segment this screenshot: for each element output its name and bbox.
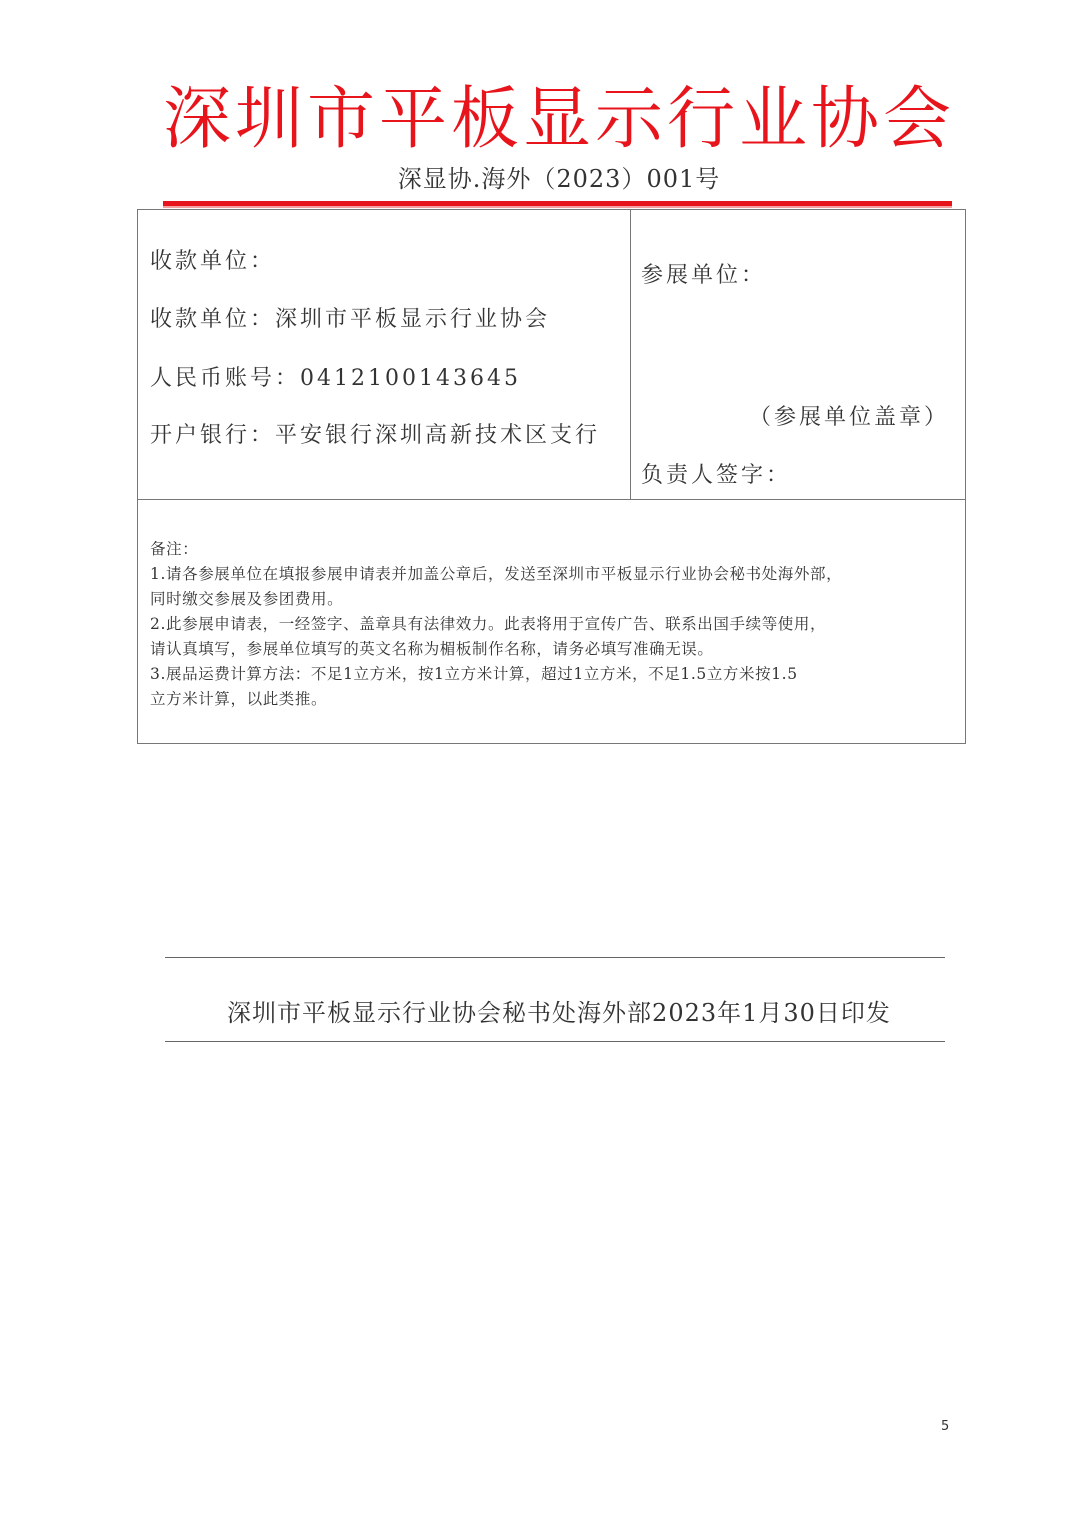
- remark-line: 1.请各参展单位在填报参展申请表并加盖公章后，发送至深圳市平板显示行业协会秘书处…: [150, 562, 957, 587]
- footer-bottom-rule: [165, 1041, 945, 1042]
- remarks-title: 备注：: [150, 537, 957, 562]
- remark-line: 立方米计算，以此类推。: [150, 687, 957, 712]
- stamp-note: （参展单位盖章）: [749, 400, 949, 431]
- payee-label: 收款单位：: [150, 244, 275, 275]
- signature-label: 负责人签字：: [641, 458, 791, 489]
- remark-line: 同时缴交参展及参团费用。: [150, 587, 957, 612]
- rmb-account-number: 人民币账号：0412100143645: [150, 361, 521, 392]
- application-form-table: 收款单位： 收款单位：深圳市平板显示行业协会 人民币账号：04121001436…: [137, 209, 966, 744]
- remark-line: 3.展品运费计算方法：不足1立方米，按1立方米计算，超过1立方米，不足1.5立方…: [150, 662, 957, 687]
- organization-title: 深圳市平板显示行业协会: [0, 78, 1080, 162]
- remark-line: 2.此参展申请表，一经签字、盖章具有法律效力。此表将用于宣传广告、联系出国手续等…: [150, 612, 957, 637]
- issued-by-line: 深圳市平板显示行业协会秘书处海外部2023年1月30日印发: [0, 993, 1080, 1028]
- page-number: 5: [941, 1419, 949, 1434]
- payee-name: 收款单位：深圳市平板显示行业协会: [150, 302, 550, 333]
- payment-info-cell: 收款单位： 收款单位：深圳市平板显示行业协会 人民币账号：04121001436…: [138, 210, 631, 499]
- exhibitor-cell: 参展单位： （参展单位盖章） 负责人签字：: [631, 210, 965, 499]
- exhibitor-label: 参展单位：: [641, 258, 766, 289]
- remarks-section: 备注： 1.请各参展单位在填报参展申请表并加盖公章后，发送至深圳市平板显示行业协…: [150, 537, 957, 712]
- footer-top-rule: [165, 957, 945, 958]
- header-divider: [163, 201, 952, 208]
- remark-line: 请认真填写，参展单位填写的英文名称为楣板制作名称，请务必填写准确无误。: [150, 637, 957, 662]
- document-number: 深显协.海外（2023）001号: [0, 163, 1080, 195]
- bank-name: 开户银行：平安银行深圳高新技术区支行: [150, 418, 600, 449]
- form-top-row: 收款单位： 收款单位：深圳市平板显示行业协会 人民币账号：04121001436…: [138, 210, 965, 500]
